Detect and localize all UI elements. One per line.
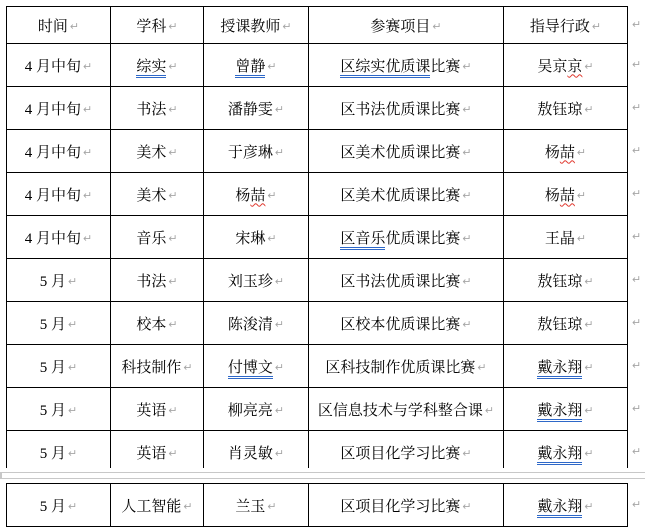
table-cell-subject[interactable]: 书法↵ [111, 259, 204, 302]
cell-text: 敖钰琼 [537, 317, 582, 333]
end-of-cell-mark-icon: ↵ [168, 147, 177, 159]
end-of-cell-mark-icon: ↵ [267, 501, 276, 513]
cell-text: 书法 [136, 102, 166, 118]
end-of-cell-mark-icon: ↵ [267, 233, 276, 245]
cell-text: 区美术优质课比赛 [340, 145, 460, 161]
header-cell-subject[interactable]: 学科↵ [111, 7, 204, 44]
header-label: 时间 [38, 19, 68, 35]
table-cell-admin[interactable]: 敖钰琼↵ [504, 259, 628, 302]
table-header-row: 时间↵ 学科↵ 授课教师↵ 参赛项目↵ 指导行政↵ [7, 7, 628, 44]
cell-text: 肖灵敏 [228, 446, 273, 462]
end-of-cell-mark-icon: ↵ [275, 276, 284, 288]
cell-text: 4 月中旬 [25, 188, 81, 204]
end-of-cell-mark-icon: ↵ [168, 104, 177, 116]
end-of-cell-mark-icon: ↵ [168, 448, 177, 460]
end-of-cell-mark-icon: ↵ [68, 448, 77, 460]
table-cell-teacher[interactable]: 杨喆↵ [204, 173, 309, 216]
end-of-cell-mark-icon: ↵ [485, 405, 494, 417]
page-break-line-top [0, 472, 645, 473]
end-of-row-mark-icon: ↵ [632, 500, 641, 511]
end-of-cell-mark-icon: ↵ [168, 190, 177, 202]
cell-text: 陈浚清 [228, 317, 273, 333]
cell-text: 于彦琳 [228, 145, 273, 161]
end-of-cell-mark-icon: ↵ [584, 319, 593, 331]
end-of-cell-mark-icon: ↵ [275, 405, 284, 417]
table-cell-time[interactable]: 5 月↵ [7, 302, 111, 345]
cell-text: 美术 [136, 145, 166, 161]
cell-text: 音乐 [136, 231, 166, 247]
cell-text: 书法 [136, 274, 166, 290]
table-cell-time[interactable]: 4 月中旬↵ [7, 173, 111, 216]
end-of-cell-mark-icon: ↵ [275, 319, 284, 331]
table-cell-time[interactable]: 5 月↵ [7, 388, 111, 431]
schedule-table: 时间↵ 学科↵ 授课教师↵ 参赛项目↵ 指导行政↵ 4 月中旬↵综实↵曾静↵区综… [6, 6, 628, 474]
spelling-flagged-text: 喆 [560, 188, 575, 204]
cell-text: 柳亮亮 [228, 403, 273, 419]
end-of-cell-mark-icon: ↵ [83, 104, 92, 116]
grammar-underlined-text: 曾静 [235, 59, 265, 78]
cell-text: 优质课比赛 [385, 231, 460, 247]
header-cell-admin[interactable]: 指导行政↵ [504, 7, 628, 44]
table-row: 5 月↵科技制作↵付博文↵区科技制作优质课比赛↵戴永翔↵ [7, 345, 628, 388]
header-cell-teacher[interactable]: 授课教师↵ [204, 7, 309, 44]
end-of-cell-mark-icon: ↵ [168, 405, 177, 417]
end-of-row-mark-icon: ↵ [632, 189, 641, 200]
table-cell-project[interactable]: 区美术优质课比赛↵ [309, 173, 504, 216]
cell-text: 校本 [136, 317, 166, 333]
end-of-cell-mark-icon: ↵ [183, 501, 192, 513]
grammar-underlined-text: 区综实优质课 [340, 59, 430, 78]
cell-text: 区书法优质课比赛 [340, 102, 460, 118]
end-of-cell-mark-icon: ↵ [183, 362, 192, 374]
table-cell-subject[interactable]: 人工智能↵ [111, 484, 204, 527]
end-of-cell-mark-icon: ↵ [577, 233, 586, 245]
grammar-underlined-text: 戴永翔 [537, 499, 582, 518]
table-cell-subject[interactable]: 英语↵ [111, 388, 204, 431]
end-of-cell-mark-icon: ↵ [462, 448, 471, 460]
header-label: 学科 [136, 19, 166, 35]
cell-text: 潘静雯 [228, 102, 273, 118]
schedule-table-continued: 5 月↵人工智能↵兰玉↵区项目化学习比赛↵戴永翔↵ [6, 483, 628, 527]
end-of-cell-mark-icon: ↵ [584, 448, 593, 460]
table-cell-teacher[interactable]: 柳亮亮↵ [204, 388, 309, 431]
cell-text: 王晶 [545, 231, 575, 247]
end-of-row-mark-icon: ↵ [632, 404, 641, 415]
end-of-cell-mark-icon: ↵ [83, 190, 92, 202]
cell-text: 敖钰琼 [537, 274, 582, 290]
table-cell-project[interactable]: 区信息技术与学科整合课↵ [309, 388, 504, 431]
table-cell-subject[interactable]: 音乐↵ [111, 216, 204, 259]
end-of-cell-mark-icon: ↵ [462, 61, 471, 73]
table-cell-subject[interactable]: 书法↵ [111, 87, 204, 130]
cell-text: 敖钰琼 [537, 102, 582, 118]
end-of-cell-mark-icon: ↵ [477, 362, 486, 374]
table-cell-subject[interactable]: 校本↵ [111, 302, 204, 345]
end-of-cell-mark-icon: ↵ [275, 147, 284, 159]
table-cell-subject[interactable]: 综实↵ [111, 44, 204, 87]
grammar-underlined-text: 戴永翔 [537, 403, 582, 422]
end-of-row-mark-icon: ↵ [632, 60, 641, 71]
table-cell-project[interactable]: 区书法优质课比赛↵ [309, 87, 504, 130]
page-break-left-bracket [0, 472, 2, 479]
schedule-table-continued-body: 5 月↵人工智能↵兰玉↵区项目化学习比赛↵戴永翔↵ [7, 484, 628, 527]
end-of-cell-mark-icon: ↵ [584, 104, 593, 116]
table-row: 5 月↵英语↵柳亮亮↵区信息技术与学科整合课↵戴永翔↵ [7, 388, 628, 431]
cell-text: 区校本优质课比赛 [340, 317, 460, 333]
end-of-cell-mark-icon: ↵ [577, 190, 586, 202]
cell-text: 区信息技术与学科整合课 [318, 403, 483, 419]
table-cell-admin[interactable]: 敖钰琼↵ [504, 302, 628, 345]
end-of-cell-mark-icon: ↵ [168, 233, 177, 245]
table-cell-admin[interactable]: 王晶↵ [504, 216, 628, 259]
table-cell-admin[interactable]: 杨喆↵ [504, 130, 628, 173]
table-cell-teacher[interactable]: 陈浚清↵ [204, 302, 309, 345]
table-cell-subject[interactable]: 美术↵ [111, 173, 204, 216]
cell-text: 区项目化学习比赛 [340, 446, 460, 462]
end-of-cell-mark-icon: ↵ [462, 319, 471, 331]
cell-text: 4 月中旬 [25, 231, 81, 247]
table-cell-time[interactable]: 4 月中旬↵ [7, 44, 111, 87]
end-of-cell-mark-icon: ↵ [275, 362, 284, 374]
cell-text: 5 月 [40, 317, 66, 333]
end-of-row-mark-icon: ↵ [632, 20, 641, 31]
table-cell-teacher[interactable]: 宋琳↵ [204, 216, 309, 259]
table-cell-teacher[interactable]: 刘玉珍↵ [204, 259, 309, 302]
table-cell-admin[interactable]: 戴永翔↵ [504, 388, 628, 431]
table-cell-teacher[interactable]: 曾静↵ [204, 44, 309, 87]
document-page: 时间↵ 学科↵ 授课教师↵ 参赛项目↵ 指导行政↵ 4 月中旬↵综实↵曾静↵区综… [0, 0, 645, 530]
end-of-cell-mark-icon: ↵ [68, 405, 77, 417]
cell-text: 5 月 [40, 360, 66, 376]
end-of-cell-mark-icon: ↵ [432, 21, 441, 33]
table-cell-project[interactable]: 区综实优质课比赛↵ [309, 44, 504, 87]
cell-text: 区书法优质课比赛 [340, 274, 460, 290]
end-of-row-mark-icon: ↵ [632, 275, 641, 286]
table-cell-project[interactable]: 区校本优质课比赛↵ [309, 302, 504, 345]
cell-text: 美术 [136, 188, 166, 204]
cell-text: 科技制作 [121, 360, 181, 376]
cell-text: 英语 [136, 403, 166, 419]
cell-text: 刘玉珍 [228, 274, 273, 290]
end-of-cell-mark-icon: ↵ [462, 190, 471, 202]
table-cell-project[interactable]: 区项目化学习比赛↵ [309, 484, 504, 527]
end-of-cell-mark-icon: ↵ [267, 61, 276, 73]
table-cell-time[interactable]: 4 月中旬↵ [7, 130, 111, 173]
cell-text: 4 月中旬 [25, 102, 81, 118]
end-of-cell-mark-icon: ↵ [83, 61, 92, 73]
end-of-cell-mark-icon: ↵ [168, 21, 177, 33]
end-of-cell-mark-icon: ↵ [462, 276, 471, 288]
end-of-row-mark-icon: ↵ [632, 146, 641, 157]
end-of-cell-mark-icon: ↵ [584, 276, 593, 288]
end-of-cell-mark-icon: ↵ [267, 190, 276, 202]
end-of-cell-mark-icon: ↵ [577, 147, 586, 159]
cell-text: 区项目化学习比赛 [340, 499, 460, 515]
table-row: 4 月中旬↵美术↵于彦琳↵区美术优质课比赛↵杨喆↵ [7, 130, 628, 173]
table-cell-project[interactable]: 区科技制作优质课比赛↵ [309, 345, 504, 388]
end-of-cell-mark-icon: ↵ [275, 448, 284, 460]
header-cell-time[interactable]: 时间↵ [7, 7, 111, 44]
end-of-cell-mark-icon: ↵ [592, 21, 601, 33]
spelling-flagged-text: 喆 [250, 188, 265, 204]
cell-text: 宋琳 [235, 231, 265, 247]
header-label: 授课教师 [220, 19, 280, 35]
table-row: 5 月↵校本↵陈浚清↵区校本优质课比赛↵敖钰琼↵ [7, 302, 628, 345]
cell-text: 杨 [545, 188, 560, 204]
end-of-cell-mark-icon: ↵ [584, 362, 593, 374]
table-cell-teacher[interactable]: 付博文↵ [204, 345, 309, 388]
cell-text: 5 月 [40, 499, 66, 515]
end-of-cell-mark-icon: ↵ [462, 501, 471, 513]
table-row: 4 月中旬↵书法↵潘静雯↵区书法优质课比赛↵敖钰琼↵ [7, 87, 628, 130]
cell-text: 4 月中旬 [25, 59, 81, 75]
table-cell-teacher[interactable]: 兰玉↵ [204, 484, 309, 527]
end-of-cell-mark-icon: ↵ [282, 21, 291, 33]
table-cell-project[interactable]: 区美术优质课比赛↵ [309, 130, 504, 173]
end-of-cell-mark-icon: ↵ [168, 319, 177, 331]
end-of-cell-mark-icon: ↵ [462, 104, 471, 116]
table-cell-admin[interactable]: 戴永翔↵ [504, 345, 628, 388]
grammar-underlined-text: 付博文 [228, 360, 273, 379]
table-cell-subject[interactable]: 科技制作↵ [111, 345, 204, 388]
cell-text: 5 月 [40, 274, 66, 290]
cell-text: 兰玉 [235, 499, 265, 515]
spelling-flagged-text: 喆 [560, 145, 575, 161]
table-row: 4 月中旬↵综实↵曾静↵区综实优质课比赛↵吴京京↵ [7, 44, 628, 87]
grammar-underlined-text: 综实 [136, 59, 166, 78]
header-label: 指导行政 [530, 19, 590, 35]
end-of-cell-mark-icon: ↵ [168, 276, 177, 288]
cell-text: 区科技制作优质课比赛 [325, 360, 475, 376]
end-of-cell-mark-icon: ↵ [584, 61, 593, 73]
table-row: 5 月↵书法↵刘玉珍↵区书法优质课比赛↵敖钰琼↵ [7, 259, 628, 302]
end-of-cell-mark-icon: ↵ [584, 405, 593, 417]
table-cell-time[interactable]: 4 月中旬↵ [7, 216, 111, 259]
cell-text: 人工智能 [121, 499, 181, 515]
end-of-cell-mark-icon: ↵ [584, 501, 593, 513]
table-cell-time[interactable]: 5 月↵ [7, 259, 111, 302]
table-row: 4 月中旬↵音乐↵宋琳↵区音乐优质课比赛↵王晶↵ [7, 216, 628, 259]
end-of-cell-mark-icon: ↵ [70, 21, 79, 33]
cell-text: 5 月 [40, 403, 66, 419]
table-cell-time[interactable]: 5 月↵ [7, 345, 111, 388]
end-of-row-mark-icon: ↵ [632, 447, 641, 458]
cell-text: 区美术优质课比赛 [340, 188, 460, 204]
table-cell-project[interactable]: 区音乐优质课比赛↵ [309, 216, 504, 259]
table-cell-admin[interactable]: 戴永翔↵ [504, 484, 628, 527]
end-of-cell-mark-icon: ↵ [83, 147, 92, 159]
end-of-cell-mark-icon: ↵ [68, 501, 77, 513]
page-break-line-bottom [0, 478, 645, 479]
end-of-cell-mark-icon: ↵ [168, 61, 177, 73]
page-break-gap[interactable] [0, 468, 645, 483]
grammar-underlined-text: 区音乐 [340, 231, 385, 250]
end-of-cell-mark-icon: ↵ [68, 276, 77, 288]
header-cell-project[interactable]: 参赛项目↵ [309, 7, 504, 44]
end-of-row-mark-icon: ↵ [632, 361, 641, 372]
table-cell-time[interactable]: 4 月中旬↵ [7, 87, 111, 130]
table-cell-admin[interactable]: 吴京京↵ [504, 44, 628, 87]
table-cell-teacher[interactable]: 潘静雯↵ [204, 87, 309, 130]
table-cell-time[interactable]: 5 月↵ [7, 484, 111, 527]
table-cell-teacher[interactable]: 于彦琳↵ [204, 130, 309, 173]
header-label: 参赛项目 [370, 19, 430, 35]
cell-text: 杨 [545, 145, 560, 161]
end-of-row-mark-icon: ↵ [632, 318, 641, 329]
table-cell-admin[interactable]: 杨喆↵ [504, 173, 628, 216]
table-cell-project[interactable]: 区书法优质课比赛↵ [309, 259, 504, 302]
end-of-cell-mark-icon: ↵ [68, 319, 77, 331]
table-cell-admin[interactable]: 敖钰琼↵ [504, 87, 628, 130]
grammar-underlined-text: 戴永翔 [537, 360, 582, 379]
end-of-cell-mark-icon: ↵ [462, 147, 471, 159]
cell-text: 杨 [235, 188, 250, 204]
grammar-underlined-text: 戴永翔 [537, 446, 582, 465]
end-of-row-mark-icon: ↵ [632, 232, 641, 243]
end-of-cell-mark-icon: ↵ [275, 104, 284, 116]
cell-text: 5 月 [40, 446, 66, 462]
cell-text: 比赛 [430, 59, 460, 75]
table-row: 4 月中旬↵美术↵杨喆↵区美术优质课比赛↵杨喆↵ [7, 173, 628, 216]
end-of-cell-mark-icon: ↵ [83, 233, 92, 245]
schedule-table-body: 4 月中旬↵综实↵曾静↵区综实优质课比赛↵吴京京↵4 月中旬↵书法↵潘静雯↵区书… [7, 44, 628, 474]
end-of-cell-mark-icon: ↵ [68, 362, 77, 374]
spelling-flagged-text: 京 [567, 59, 582, 75]
table-cell-subject[interactable]: 美术↵ [111, 130, 204, 173]
cell-text: 英语 [136, 446, 166, 462]
end-of-row-mark-icon: ↵ [632, 103, 641, 114]
cell-text: 吴京 [537, 59, 567, 75]
table-row: 5 月↵人工智能↵兰玉↵区项目化学习比赛↵戴永翔↵ [7, 484, 628, 527]
end-of-cell-mark-icon: ↵ [462, 233, 471, 245]
cell-text: 4 月中旬 [25, 145, 81, 161]
